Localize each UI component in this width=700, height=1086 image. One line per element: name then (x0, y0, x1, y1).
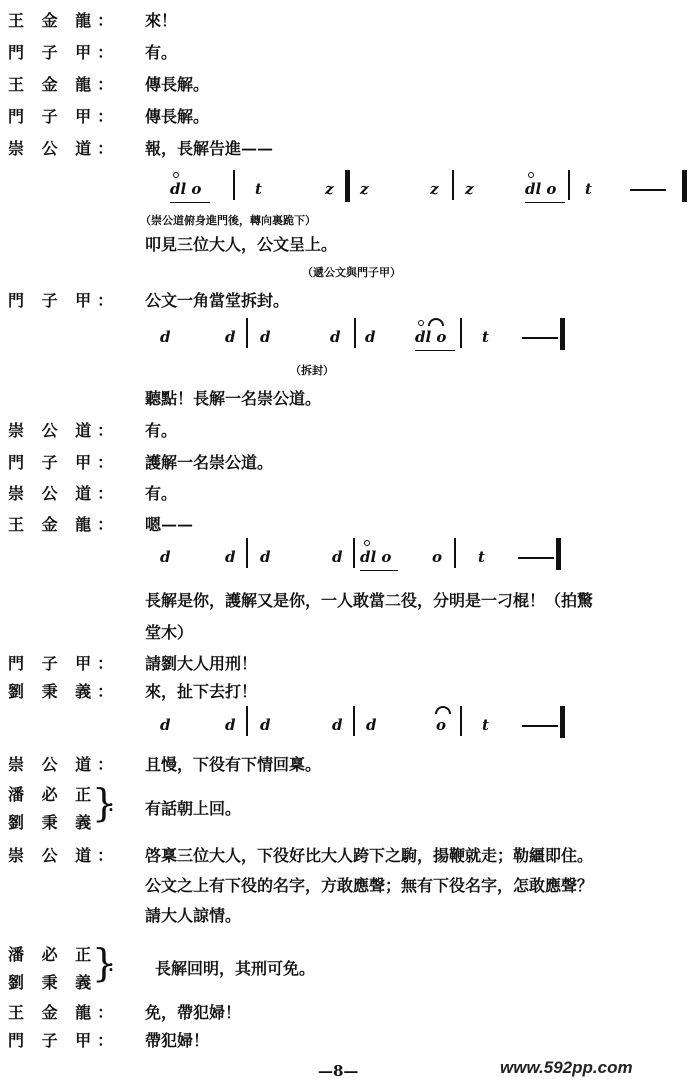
sustain-dash (522, 337, 558, 339)
music-note: d (225, 548, 236, 566)
bar-line (246, 318, 248, 348)
bar-line (246, 706, 248, 736)
speaker-name: 崇 公 道： (8, 843, 128, 866)
speaker-name: 門 子 甲： (8, 1028, 128, 1051)
speech-text: 公文之上有下役的名字，方敢應聲；無有下役名字，怎敢應聲？ (145, 873, 593, 896)
music-note: d (330, 328, 341, 346)
speech-text: 請劉大人用刑！ (145, 651, 257, 674)
bar-line (246, 538, 248, 568)
bar-line (353, 538, 355, 568)
music-note: o (432, 548, 442, 566)
music-note: dl o (525, 180, 556, 198)
bar-line (454, 538, 456, 568)
underline (525, 202, 565, 203)
speaker-name: 門 子 甲： (8, 288, 128, 311)
colon: : (108, 796, 114, 815)
underline (170, 202, 210, 203)
fermata (428, 318, 444, 326)
music-note: d (365, 328, 376, 346)
speech-text: 來！ (145, 8, 177, 31)
speaker-name: 門 子 甲： (8, 40, 128, 63)
music-note: t (255, 180, 262, 198)
high-dot (173, 172, 179, 178)
sustain-dash (522, 725, 558, 727)
speaker-name: 王 金 龍： (8, 512, 128, 535)
final-bar (682, 170, 687, 202)
speaker-name: 王 金 龍： (8, 72, 128, 95)
bar-line (460, 318, 462, 348)
high-dot (528, 172, 534, 178)
music-notation-line: d d d d dl o o t (160, 538, 580, 572)
speech-text: 長解是你，護解又是你，一人敢當二役，分明是一刁棍！（拍驚 (145, 588, 593, 611)
music-note: d (160, 328, 171, 346)
colon: : (108, 956, 114, 975)
music-note: d (160, 548, 171, 566)
speech-text: 聽點！長解一名崇公道。 (145, 386, 321, 409)
speech-text: 傳長解。 (145, 72, 209, 95)
speech-text: 長解回明，其刑可免。 (155, 956, 315, 979)
speaker-name: 崇 公 道： (8, 136, 128, 159)
page-number: —8— (318, 1062, 358, 1080)
music-note: d (366, 716, 377, 734)
speech-text: 叩見三位大人，公文呈上。 (145, 232, 337, 255)
music-note: z (465, 180, 474, 198)
music-note: d (225, 716, 236, 734)
speech-text: 來，扯下去打！ (145, 679, 257, 702)
fermata (435, 706, 451, 714)
speech-text: 有。 (145, 40, 177, 63)
speech-text: 有。 (145, 481, 177, 504)
music-note: z (360, 180, 369, 198)
speech-text: 請大人諒情。 (145, 903, 241, 926)
music-note: dl o (360, 548, 391, 566)
speaker-name: 崇 公 道： (8, 752, 128, 775)
music-note: d (332, 548, 343, 566)
music-notation-line: dl o t z z z z dl o t (160, 170, 700, 204)
bar-line (568, 170, 570, 200)
stage-direction: （崇公道俯身進門後，轉向裏跪下） (140, 212, 316, 228)
speaker-name: 王 金 龍： (8, 1000, 128, 1023)
speech-text: 有話朝上回。 (145, 796, 241, 819)
high-dot (418, 320, 424, 326)
music-notation-line: d d d d d o t (160, 706, 580, 740)
watermark: www.592pp.com (500, 1058, 633, 1078)
music-note: t (585, 180, 592, 198)
underline (415, 350, 455, 351)
speaker-name: 王 金 龍： (8, 8, 128, 31)
music-note: d (160, 716, 171, 734)
music-note: dl o (170, 180, 201, 198)
stage-direction: （拆封） (290, 362, 334, 378)
repeat-start (345, 170, 350, 202)
speech-text: 堂木） (145, 620, 193, 643)
sustain-dash (630, 189, 666, 191)
speech-text: 啓稟三位大人，下役好比大人跨下之駒，揚鞭就走；勒繮即住。 (145, 843, 593, 866)
music-note: o (436, 716, 446, 734)
stage-direction: （遞公文與門子甲） (302, 264, 401, 280)
speaker-name: 崇 公 道： (8, 481, 128, 504)
high-dot (364, 540, 370, 546)
bar-line (353, 706, 355, 736)
speaker-name: 門 子 甲： (8, 651, 128, 674)
music-note: z (325, 180, 334, 198)
music-note: z (430, 180, 439, 198)
repeat-end (452, 170, 454, 200)
speech-text: 且慢，下役有下情回稟。 (145, 752, 321, 775)
speaker-name: 劉 秉 義： (8, 679, 128, 702)
music-note: t (478, 548, 485, 566)
speaker-name: 門 子 甲： (8, 450, 128, 473)
speaker-name: 門 子 甲： (8, 104, 128, 127)
music-notation-line: d d d d d dl o t (160, 318, 580, 352)
music-note: t (482, 716, 489, 734)
bar-line (460, 706, 462, 736)
sustain-dash (518, 557, 554, 559)
underline (360, 570, 398, 571)
speech-text: 公文一角當堂拆封。 (145, 288, 289, 311)
music-note: d (225, 328, 236, 346)
music-note: d (260, 328, 271, 346)
speech-text: 免，帶犯婦！ (145, 1000, 241, 1023)
bar-line (233, 170, 235, 200)
speech-text: 帶犯婦！ (145, 1028, 209, 1051)
speech-text: 嗯—— (145, 512, 193, 535)
speech-text: 護解一名崇公道。 (145, 450, 273, 473)
bar-line (354, 318, 356, 348)
final-bar (556, 538, 561, 570)
music-note: dl o (415, 328, 446, 346)
music-note: d (260, 716, 271, 734)
music-note: d (260, 548, 271, 566)
speech-text: 報，長解告進—— (145, 136, 273, 159)
music-note: t (482, 328, 489, 346)
speech-text: 傳長解。 (145, 104, 209, 127)
speech-text: 有。 (145, 418, 177, 441)
speaker-name: 崇 公 道： (8, 418, 128, 441)
final-bar (560, 318, 565, 350)
final-bar (560, 706, 565, 738)
music-note: d (332, 716, 343, 734)
